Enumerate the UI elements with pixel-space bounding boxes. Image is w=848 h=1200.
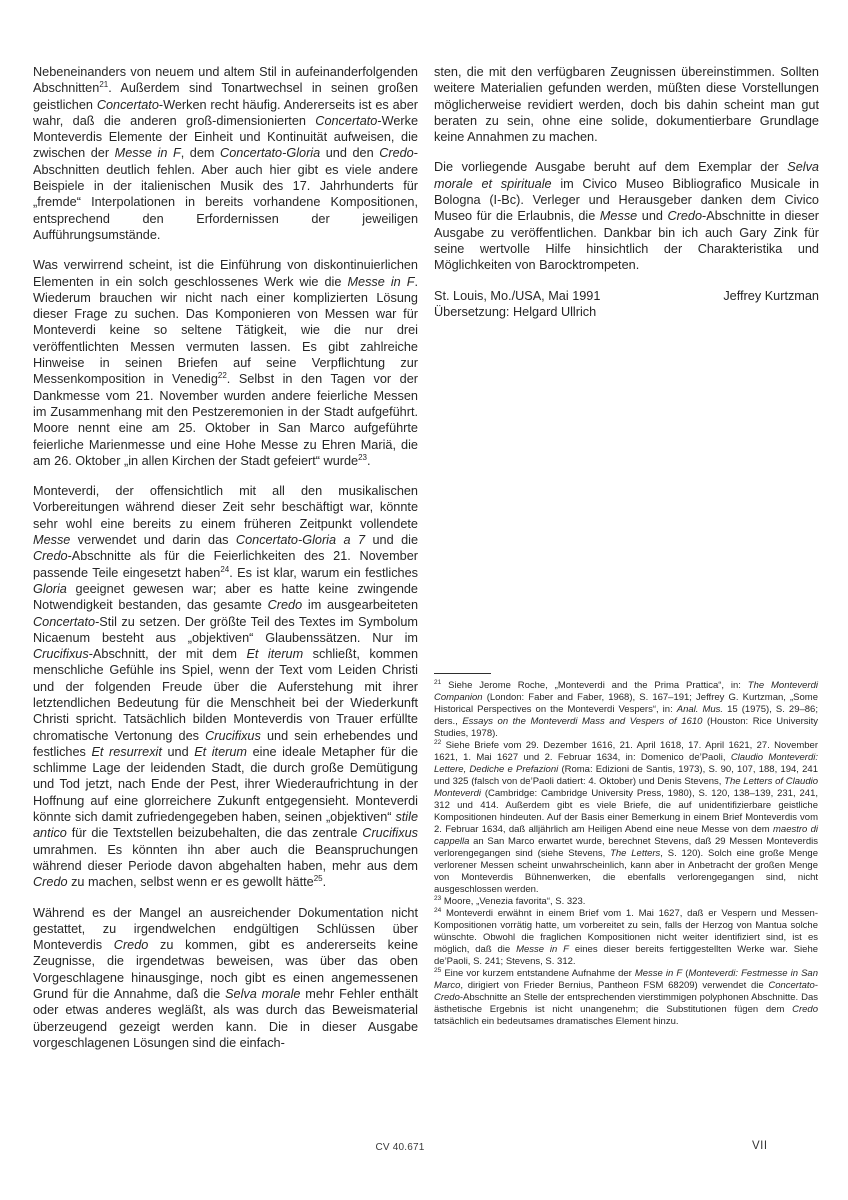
footnote: 22 Siehe Briefe vom 29. Dezember 1616, 2… xyxy=(434,740,818,896)
footnote-text: Monteverdi erwähnt in einem Brief vom 1.… xyxy=(434,908,818,967)
footnotes-section: 21 Siehe Jerome Roche, „Monteverdi and t… xyxy=(434,673,818,1028)
page-number: VII xyxy=(752,1140,768,1152)
footnote: 21 Siehe Jerome Roche, „Monteverdi and t… xyxy=(434,680,818,740)
footnote: 23 Moore, „Venezia favorita“, S. 323. xyxy=(434,896,818,908)
paragraph: Die vorliegende Ausgabe beruht auf dem E… xyxy=(434,159,819,273)
footnote: 25 Eine vor kurzem entstandene Aufnahme … xyxy=(434,968,818,1028)
paragraph: Monteverdi, der offensichtlich mit all d… xyxy=(33,483,418,890)
footnote-text: Siehe Briefe vom 29. Dezember 1616, 21. … xyxy=(434,740,818,895)
catalog-number: CV 40.671 xyxy=(340,1142,460,1153)
paragraph: sten, die mit den verfügbaren Zeugnissen… xyxy=(434,64,819,145)
signature-author: Jeffrey Kurtzman xyxy=(723,288,819,304)
paragraph: Während es der Mangel an ausreichender D… xyxy=(33,905,418,1052)
footnote-number: 24 xyxy=(434,907,441,914)
signature-place-date: St. Louis, Mo./USA, Mai 1991 xyxy=(434,288,600,304)
footnote-number: 25 xyxy=(434,967,441,974)
document-page: Nebeneinanders von neuem und altem Stil … xyxy=(0,0,848,1200)
paragraph: Was verwirrend scheint, ist die Einführu… xyxy=(33,257,418,469)
footnote-separator-rule xyxy=(434,673,491,674)
footnote-text: Moore, „Venezia favorita“, S. 323. xyxy=(444,896,586,907)
footnote: 24 Monteverdi erwähnt in einem Brief vom… xyxy=(434,908,818,968)
footnote-number: 22 xyxy=(434,739,441,746)
footnote-number: 21 xyxy=(434,679,441,686)
footnote-text: Siehe Jerome Roche, „Monteverdi and the … xyxy=(434,680,818,739)
signature-row: St. Louis, Mo./USA, Mai 1991 Jeffrey Kur… xyxy=(434,288,819,304)
signature-translation: Übersetzung: Helgard Ullrich xyxy=(434,304,819,320)
footnote-text: Eine vor kurzem entstandene Aufnahme der… xyxy=(434,968,818,1027)
left-column: Nebeneinanders von neuem und altem Stil … xyxy=(33,64,418,1051)
paragraph: Nebeneinanders von neuem und altem Stil … xyxy=(33,64,418,243)
footnote-number: 23 xyxy=(434,895,441,902)
